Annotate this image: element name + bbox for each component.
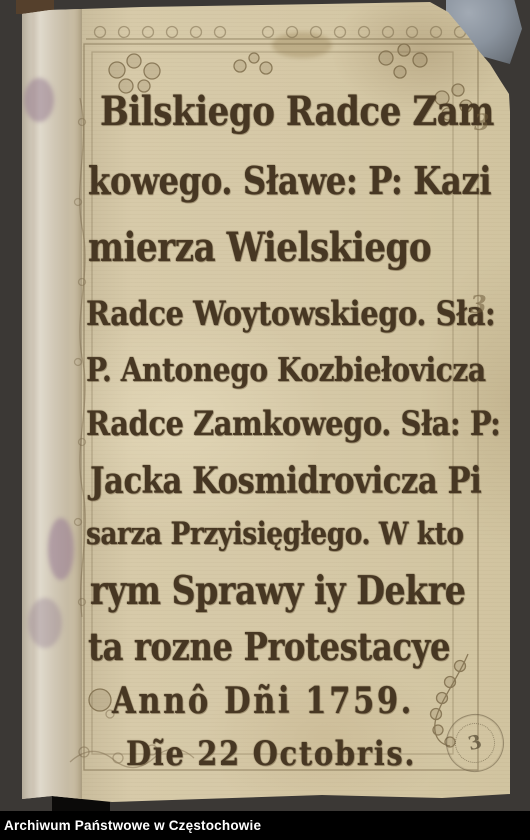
manuscript-line: Radce Woytowskiego. Sła: <box>86 294 495 334</box>
manuscript-line: Bilskiego Radce Zam <box>100 88 494 135</box>
manuscript-line: Annô Dñi 1759. <box>112 680 414 722</box>
manuscript-line: kowego. Sławe: P: Kazi <box>88 158 491 203</box>
margin-note: 3 <box>470 290 487 319</box>
manuscript-line: mierza Wielskiego <box>88 224 431 271</box>
manuscript-line: ta rozne Protestacye <box>88 624 450 669</box>
footer-bar: Archiwum Państwowe w Częstochowie <box>0 811 530 840</box>
manuscript-line: Jacka Kosmidrovicza Pi <box>90 460 481 502</box>
manuscript-line: sarza Przyisięgłego. W kto <box>86 516 464 552</box>
ink-stain <box>48 518 74 580</box>
archive-name-label: Archiwum Państwowe w Częstochowie <box>4 818 261 833</box>
manuscript-page: Bilskiego Radce Zam kowego. Sławe: P: Ka… <box>22 2 510 802</box>
manuscript-line: Dĩe 22 Octobris. <box>126 734 416 774</box>
archive-stamp: 3 <box>440 708 510 778</box>
manuscript-line: rym Sprawy iy Dekre <box>90 568 465 614</box>
ink-stain <box>24 78 54 122</box>
ink-stain <box>272 32 332 58</box>
margin-note: 3 <box>474 110 489 136</box>
manuscript-line: P. Antonego Kozbiełovicza <box>86 350 486 389</box>
archive-scan-viewer: Bilskiego Radce Zam kowego. Sławe: P: Ka… <box>0 0 530 840</box>
manuscript-line: Radce Zamkowego. Sła: P: <box>86 404 500 444</box>
ink-stain <box>28 598 62 648</box>
binding-strip <box>22 2 82 802</box>
stamp-digit: 3 <box>466 731 484 756</box>
